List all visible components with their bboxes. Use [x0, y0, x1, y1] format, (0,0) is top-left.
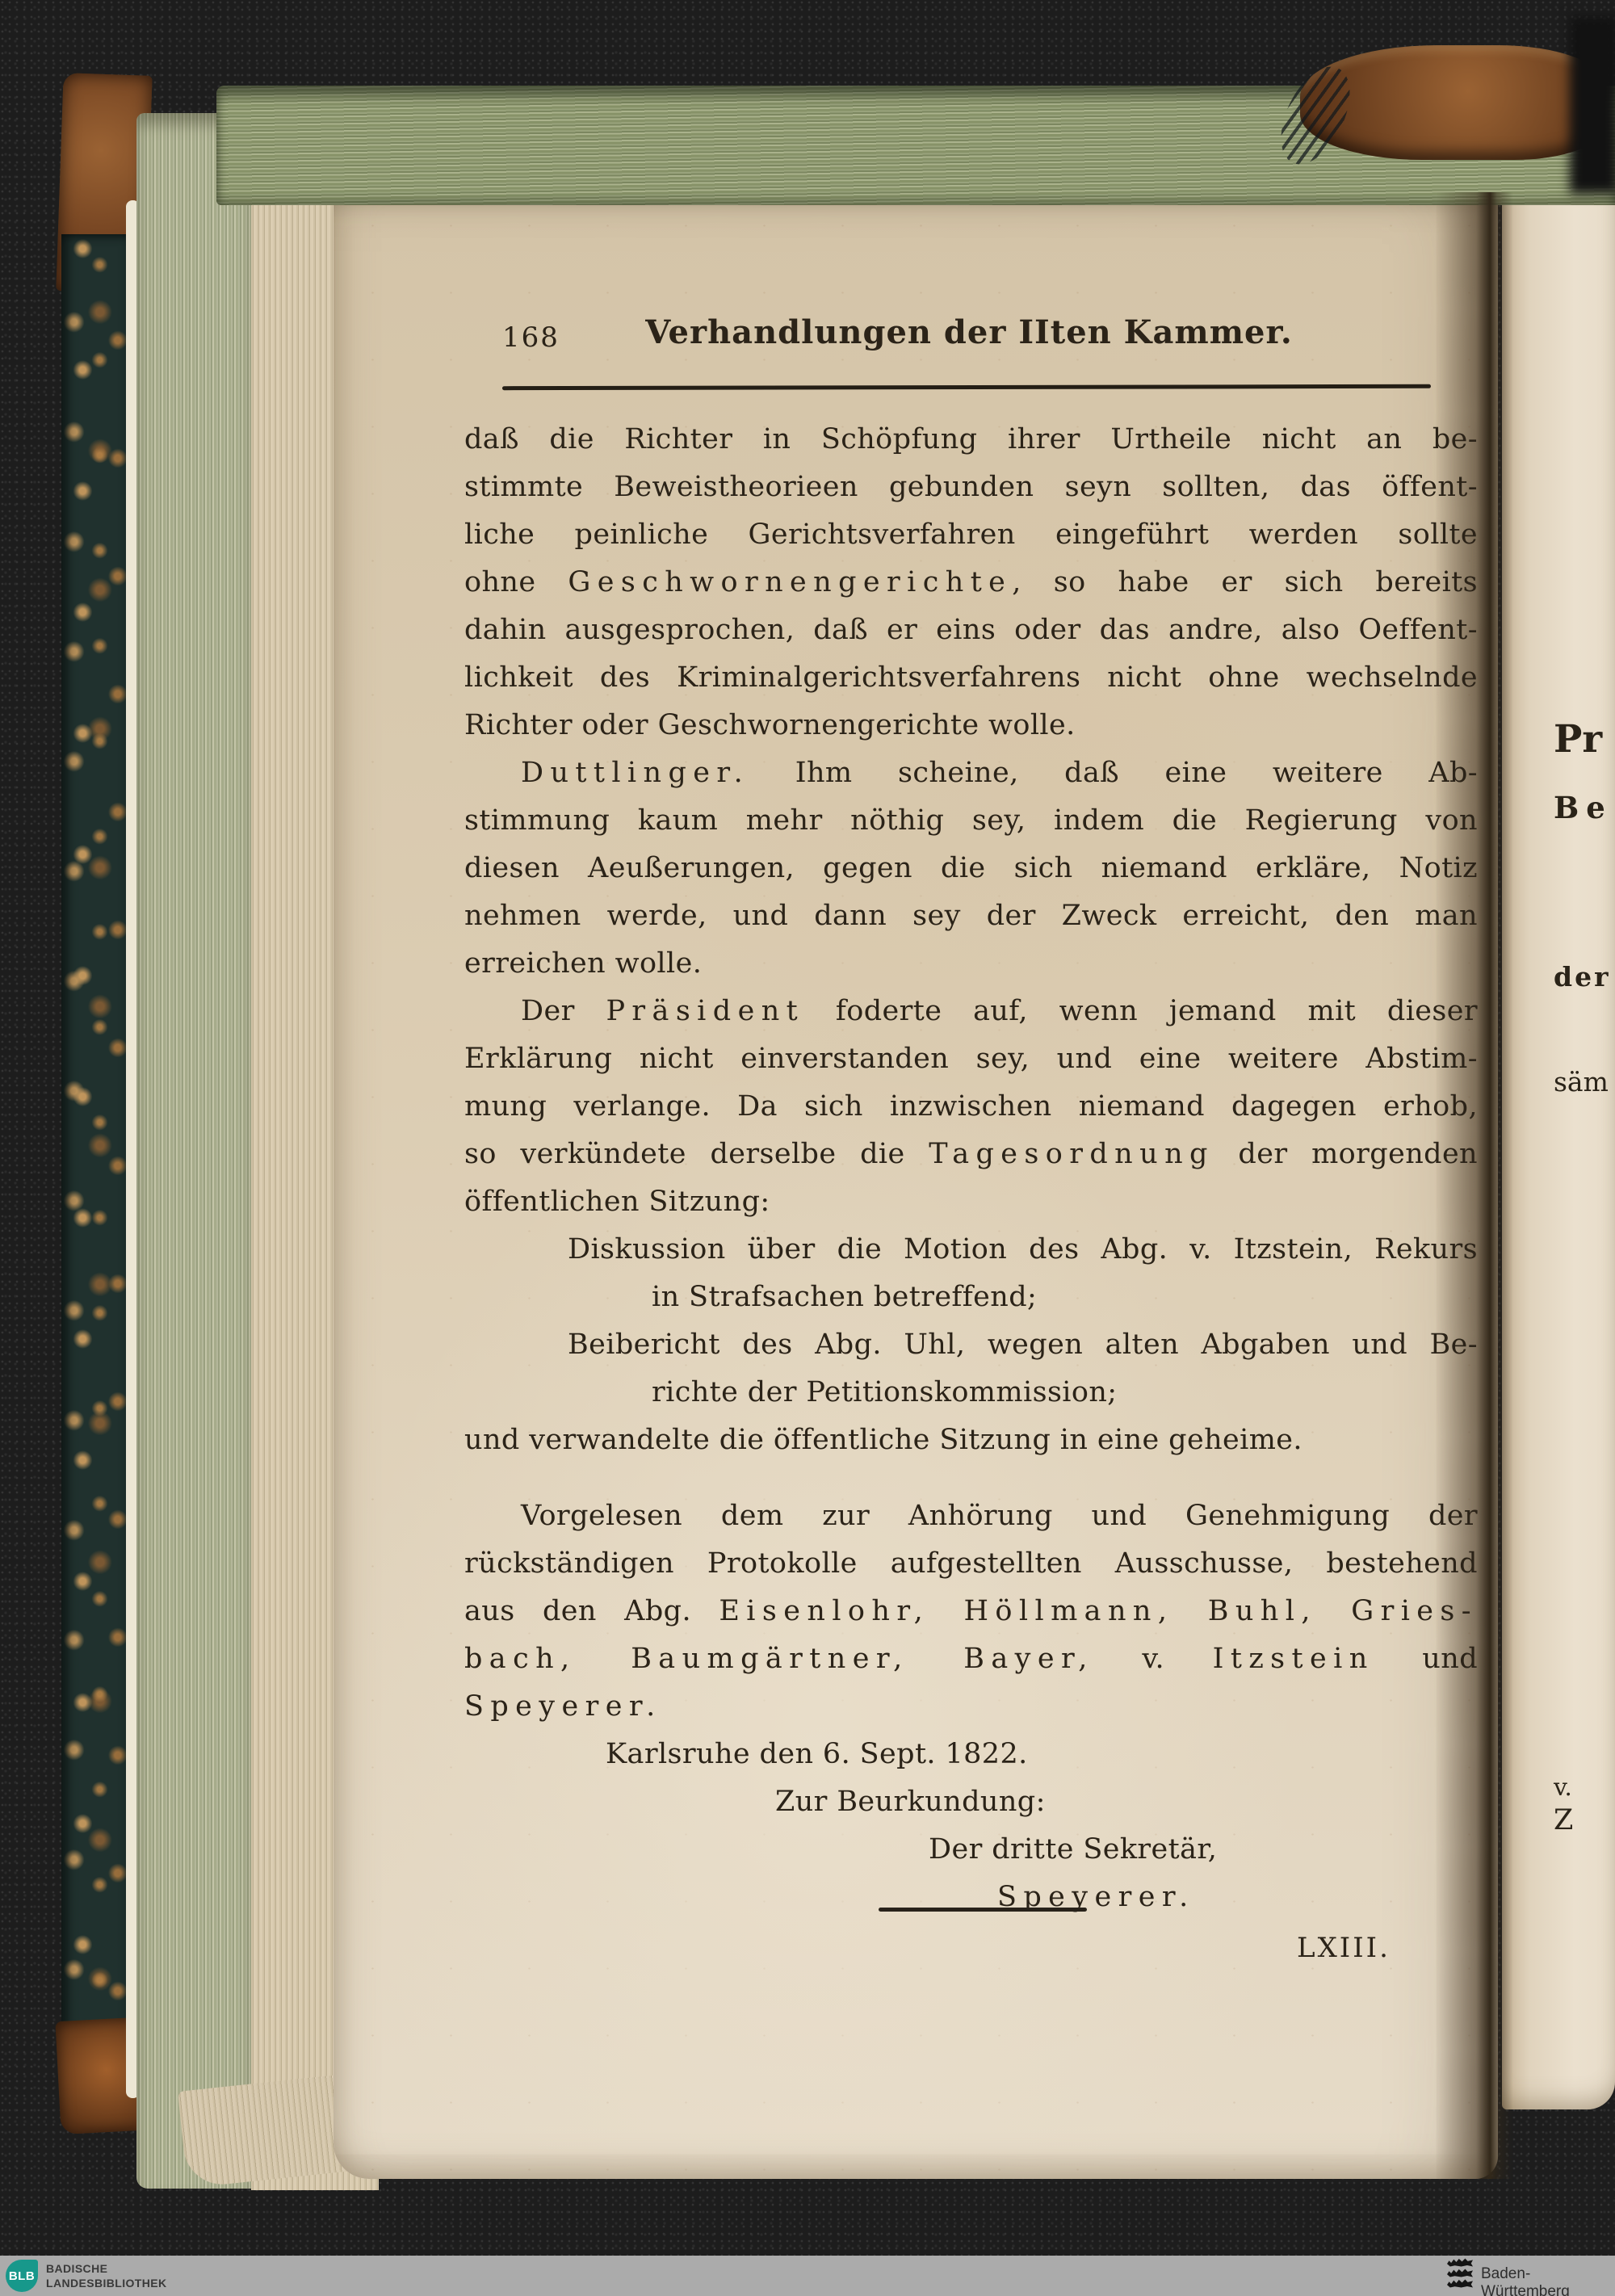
text-segment: v.: [1094, 1643, 1213, 1675]
text-segment: rückständigen Protokolle aufgestellten A…: [464, 1547, 1478, 1580]
text-segment: Karlsruhe den 6. Sept. 1822.: [606, 1738, 1028, 1770]
text-segment: Ihm scheine, daß eine weitere Ab-: [749, 757, 1478, 789]
lion-icon: [1447, 2279, 1473, 2288]
text-segment: , so habe er sich bereits: [1012, 566, 1478, 598]
text-line: stimmung kaum mehr nöthig sey, indem die…: [464, 797, 1478, 845]
text-segment: Duttlinger.: [521, 757, 749, 789]
text-line: Der Präsident foderte auf, wenn jemand m…: [464, 988, 1478, 1035]
footer-bar: BLB BADISCHE LANDESBIBLIOTHEK: [0, 2256, 1615, 2296]
corner-shadow: [1570, 16, 1615, 194]
text-segment: bach, Baumgärtner, Bayer,: [464, 1643, 1094, 1675]
text-line: erreichen wolle.: [464, 940, 1478, 988]
blb-logo-icon: BLB: [6, 2260, 38, 2292]
text-line: Der dritte Sekretär,: [464, 1826, 1478, 1874]
text-segment: foderte auf, wenn jemand mit dieser: [804, 995, 1478, 1027]
text-line: rückständigen Protokolle aufgestellten A…: [464, 1540, 1478, 1588]
text-line: öffentlichen Sitzung:: [464, 1178, 1478, 1226]
text-line: Karlsruhe den 6. Sept. 1822.: [464, 1731, 1478, 1778]
text-segment: und verwandelte die öffentliche Sitzung …: [464, 1424, 1302, 1456]
text-line: Beibericht des Abg. Uhl, wegen alten Abg…: [464, 1321, 1478, 1369]
baden-wuerttemberg-coat-of-arms-icon: [1447, 2258, 1474, 2288]
text-line: Vorgelesen dem zur Anhörung und Genehmig…: [464, 1492, 1478, 1540]
text-segment: lichkeit des Kriminalgerichtsverfahrens …: [464, 661, 1478, 694]
text-segment: ohne: [464, 566, 568, 598]
text-segment: Der dritte Sekretär,: [929, 1833, 1217, 1866]
text-segment: daß die Richter in Schöpfung ihrer Urthe…: [464, 423, 1478, 455]
library-name-line1: BADISCHE: [46, 2261, 167, 2276]
text-line: diesen Aeußerungen, gegen die sich niema…: [464, 845, 1478, 892]
text-line: Richter oder Geschwornengerichte wolle.: [464, 702, 1478, 749]
facing-page-sliver: [1502, 121, 1615, 2109]
text-line: nehmen werde, und dann sey der Zweck err…: [464, 892, 1478, 940]
page-edges-green-stack: [136, 113, 254, 2189]
text-segment: Itzstein: [1213, 1643, 1374, 1675]
text-line: daß die Richter in Schöpfung ihrer Urthe…: [464, 416, 1478, 464]
text-segment: Eisenlohr, Höllmann, Buhl, Gries-: [719, 1595, 1478, 1627]
text-segment: dahin ausgesprochen, daß er eins oder da…: [464, 614, 1478, 646]
text-line: Erklärung nicht einverstanden sey, und e…: [464, 1035, 1478, 1083]
text-line: aus den Abg. Eisenlohr, Höllmann, Buhl, …: [464, 1588, 1478, 1635]
text-segment: Erklärung nicht einverstanden sey, und e…: [464, 1043, 1478, 1075]
signature-mark: LXIII.: [1297, 1932, 1391, 1964]
text-line: und verwandelte die öffentliche Sitzung …: [464, 1417, 1478, 1464]
text-segment: Tagesordnung: [929, 1138, 1214, 1170]
text-segment: so verkündete derselbe die: [464, 1138, 929, 1170]
text-segment: Diskussion über die Motion des Abg. v. I…: [568, 1233, 1478, 1266]
separator-rule: [879, 1908, 1087, 1912]
text-line: lichkeit des Kriminalgerichtsverfahrens …: [464, 654, 1478, 702]
text-line: Speyerer.: [464, 1874, 1478, 1921]
text-line: Diskussion über die Motion des Abg. v. I…: [464, 1226, 1478, 1274]
text-line: mung verlange. Da sich inzwischen nieman…: [464, 1083, 1478, 1131]
text-segment: diesen Aeußerungen, gegen die sich niema…: [464, 852, 1478, 884]
text-segment: liche peinliche Gerichtsverfahren eingef…: [464, 518, 1478, 551]
page-number: 168: [502, 321, 560, 354]
text-segment: mung verlange. Da sich inzwischen nieman…: [464, 1090, 1478, 1123]
text-line: Duttlinger. Ihm scheine, daß eine weiter…: [464, 749, 1478, 797]
text-segment: und: [1374, 1643, 1478, 1675]
text-segment: in Strafsachen betreffend;: [652, 1281, 1037, 1313]
text-segment: stimmte Beweistheorieen gebunden seyn so…: [464, 471, 1478, 503]
text-line: in Strafsachen betreffend;: [464, 1274, 1478, 1321]
library-name: BADISCHE LANDESBIBLIOTHEK: [46, 2261, 167, 2290]
text-line: so verkündete derselbe die Tagesordnung …: [464, 1131, 1478, 1178]
text-line: Speyerer.: [464, 1683, 1478, 1731]
lion-icon: [1447, 2269, 1473, 2277]
lion-icon: [1447, 2258, 1473, 2267]
text-segment: Der: [521, 995, 606, 1027]
text-line: richte der Petitionskommission;: [464, 1369, 1478, 1417]
text-line: ohne Geschwornengerichte, so habe er sic…: [464, 559, 1478, 607]
book-scan-viewport: 168 Verhandlungen der IIten Kammer. daß …: [0, 0, 1615, 2296]
text-segment: öffentlichen Sitzung:: [464, 1186, 770, 1218]
text-line: liche peinliche Gerichtsverfahren eingef…: [464, 511, 1478, 559]
text-segment: der morgenden: [1214, 1138, 1478, 1170]
text-segment: Präsident: [606, 995, 804, 1027]
text-segment: stimmung kaum mehr nöthig sey, indem die…: [464, 804, 1478, 837]
library-name-line2: LANDESBIBLIOTHEK: [46, 2276, 167, 2290]
blb-logo-label: BLB: [9, 2269, 35, 2283]
text-block: daß die Richter in Schöpfung ihrer Urthe…: [464, 416, 1478, 1921]
text-segment: Beibericht des Abg. Uhl, wegen alten Abg…: [568, 1328, 1478, 1361]
running-title: Verhandlungen der IIten Kammer.: [565, 313, 1373, 351]
text-line: bach, Baumgärtner, Bayer, v. Itzstein un…: [464, 1635, 1478, 1683]
text-segment: Richter oder Geschwornengerichte wolle.: [464, 709, 1076, 741]
text-segment: Geschwornengerichte: [568, 566, 1012, 598]
text-segment: aus den Abg.: [464, 1595, 719, 1627]
text-segment: richte der Petitionskommission;: [652, 1376, 1118, 1408]
leather-headcap-stitching: [1300, 45, 1605, 160]
text-segment: Vorgelesen dem zur Anhörung und Genehmig…: [521, 1500, 1478, 1532]
text-segment: Zur Beurkundung:: [775, 1786, 1046, 1818]
text-segment: erreichen wolle.: [464, 947, 702, 980]
text-line: stimmte Beweistheorieen gebunden seyn so…: [464, 464, 1478, 511]
state-label: Baden-Württemberg: [1481, 2265, 1615, 2296]
text-line: Zur Beurkundung:: [464, 1778, 1478, 1826]
text-segment: Speyerer.: [464, 1690, 662, 1723]
text-segment: nehmen werde, und dann sey der Zweck err…: [464, 900, 1478, 932]
text-line: dahin ausgesprochen, daß er eins oder da…: [464, 607, 1478, 654]
